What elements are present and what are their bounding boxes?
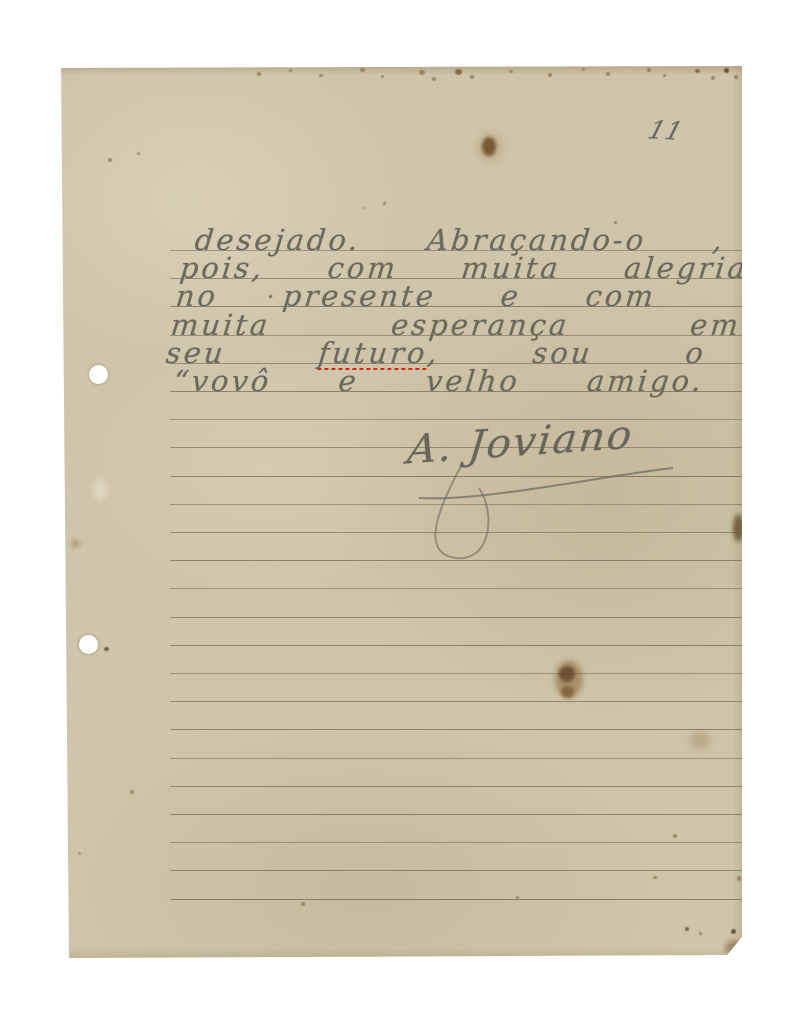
stain bbox=[673, 834, 677, 838]
stain bbox=[509, 70, 513, 73]
stain bbox=[559, 666, 575, 682]
letter-page: 11 desejado. Abraçando-o , pois, com mui… bbox=[61, 66, 742, 958]
stain bbox=[289, 69, 292, 72]
ruled-line bbox=[170, 814, 742, 815]
ruled-line bbox=[170, 645, 742, 646]
stain bbox=[685, 927, 689, 931]
stain bbox=[360, 68, 365, 72]
ruled-line bbox=[170, 532, 742, 533]
stain bbox=[647, 68, 651, 72]
stain bbox=[108, 158, 112, 162]
ruled-line bbox=[170, 673, 742, 674]
stain bbox=[653, 876, 657, 879]
stain bbox=[725, 940, 743, 956]
stain bbox=[71, 539, 80, 548]
page-number: 11 bbox=[645, 115, 687, 146]
ruled-line bbox=[170, 870, 742, 871]
stain bbox=[606, 72, 610, 76]
stain bbox=[104, 647, 109, 651]
stain bbox=[78, 852, 81, 855]
ruled-line bbox=[170, 786, 742, 787]
stain bbox=[561, 686, 574, 698]
ruled-line bbox=[170, 729, 742, 730]
stain bbox=[724, 68, 729, 73]
stain bbox=[257, 72, 261, 76]
stain bbox=[137, 152, 140, 155]
stain bbox=[516, 896, 519, 899]
stain bbox=[482, 137, 496, 156]
stain bbox=[383, 202, 386, 205]
ruled-line bbox=[170, 899, 742, 900]
punch-hole-top bbox=[89, 365, 108, 384]
stain bbox=[695, 69, 700, 73]
stain bbox=[739, 942, 743, 946]
ruled-line bbox=[170, 504, 742, 505]
stain bbox=[699, 932, 702, 935]
ruled-line bbox=[170, 758, 742, 759]
stain bbox=[93, 478, 107, 500]
stain bbox=[711, 76, 715, 80]
ruled-line bbox=[170, 617, 742, 618]
stain bbox=[419, 70, 425, 75]
stain bbox=[548, 73, 552, 77]
stain bbox=[319, 74, 323, 77]
stain bbox=[381, 75, 384, 78]
ruled-line bbox=[170, 588, 742, 589]
stain bbox=[470, 75, 474, 79]
stain bbox=[733, 514, 744, 542]
scan-background: 11 desejado. Abraçando-o , pois, com mui… bbox=[0, 0, 806, 1024]
handwriting-line-6: “vovô e velho amigo. bbox=[172, 364, 706, 398]
stain bbox=[734, 75, 738, 79]
stain bbox=[731, 929, 736, 934]
stain bbox=[689, 732, 711, 749]
stain bbox=[130, 790, 134, 794]
stain bbox=[737, 876, 741, 881]
stain bbox=[455, 69, 462, 75]
ruled-line bbox=[170, 842, 742, 843]
ruled-line bbox=[170, 476, 742, 477]
ruled-line bbox=[170, 560, 742, 561]
stain bbox=[582, 68, 585, 71]
stain bbox=[301, 902, 305, 906]
stain bbox=[663, 74, 666, 77]
punch-hole-bottom bbox=[79, 635, 98, 654]
stain bbox=[363, 207, 365, 209]
ruled-line bbox=[170, 701, 742, 702]
stain bbox=[432, 77, 436, 81]
signature-flourish bbox=[401, 458, 691, 568]
